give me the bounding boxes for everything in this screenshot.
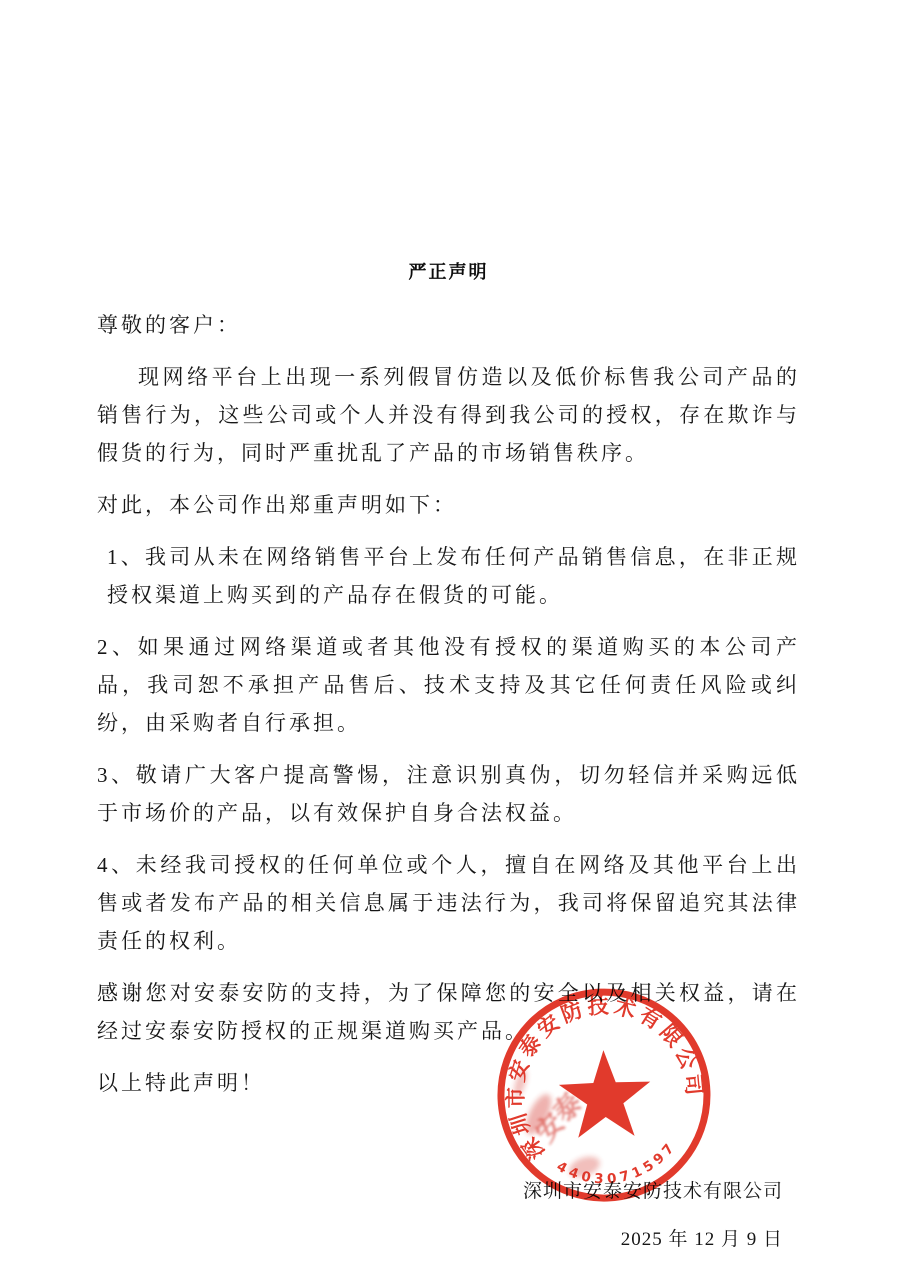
signature-date: 2025 年 12 月 9 日 [97, 1221, 783, 1259]
page-title: 严正声明 [97, 252, 800, 292]
closing-statement: 以上特此声明！ [97, 1064, 800, 1102]
paragraph-item-1: 1、我司从未在网络销售平台上发布任何产品销售信息，在非正规授权渠道上购买到的产品… [97, 538, 800, 614]
paragraph-item-2: 2、如果通过网络渠道或者其他没有授权的渠道购买的本公司产品，我司恕不承担产品售后… [97, 628, 800, 742]
paragraph-item-3: 3、敬请广大客户提高警惕，注意识别真伪，切勿轻信并采购远低于市场价的产品，以有效… [97, 756, 800, 832]
salutation: 尊敬的客户： [97, 306, 800, 344]
paragraph-declaration-lead: 对此，本公司作出郑重声明如下： [97, 486, 800, 524]
signature-block: 深圳市安泰安防技术有限公司 2025 年 12 月 9 日 [97, 1173, 783, 1259]
signature-company-name: 深圳市安泰安防技术有限公司 [97, 1173, 783, 1211]
paragraph-thanks: 感谢您对安泰安防的支持，为了保障您的安全以及相关权益，请在经过安泰安防授权的正规… [97, 974, 800, 1050]
statement-document: 严正声明 尊敬的客户： 现网络平台上出现一系列假冒仿造以及低价标售我公司产品的销… [0, 0, 900, 1265]
paragraph-intro: 现网络平台上出现一系列假冒仿造以及低价标售我公司产品的销售行为，这些公司或个人并… [97, 358, 800, 472]
paragraph-item-4: 4、未经我司授权的任何单位或个人，擅自在网络及其他平台上出售或者发布产品的相关信… [97, 846, 800, 960]
